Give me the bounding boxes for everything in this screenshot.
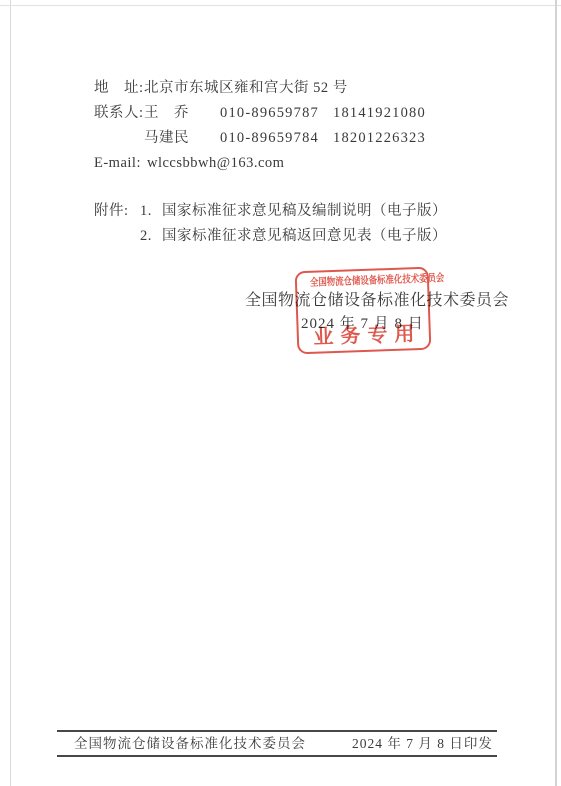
attachment-item-text: 国家标准征求意见稿返回意见表（电子版） (162, 227, 447, 246)
attachment-item-text: 国家标准征求意见稿及编制说明（电子版） (162, 202, 447, 221)
page-edge-top (0, 5, 561, 6)
email-value: wlccsbbwh@163.com (147, 154, 284, 173)
contact-row-mobile: 18201226323 (333, 129, 426, 148)
official-seal: 全国物流仓储设备标准化技术委员会 业务专用 (295, 267, 432, 355)
page-edge-left (10, 0, 11, 786)
seal-purpose-text: 业务专用 (298, 317, 429, 351)
contact-row-name: 王 乔 (144, 104, 189, 123)
contact-row-phone: 010-89659784 (220, 129, 319, 148)
document-page: 地 址: 北京市东城区雍和宫大街 52 号 联系人: 王 乔 010-89659… (0, 0, 561, 786)
footer-rule-bottom (57, 755, 497, 757)
contact-row-name: 马建民 (144, 129, 189, 148)
attachment-item-number: 1. (140, 202, 152, 221)
attachment-item-number: 2. (140, 227, 152, 246)
contact-label: 联系人: (94, 104, 144, 123)
page-edge-right (555, 0, 557, 786)
attachments-label: 附件: (94, 202, 129, 221)
footer-issuer: 全国物流仓储设备标准化技术委员会 (74, 735, 306, 753)
address-value: 北京市东城区雍和宫大街 52 号 (144, 79, 348, 98)
contact-row-phone: 010-89659787 (220, 104, 319, 123)
footer-date-issued: 2024 年 7 月 8 日印发 (352, 735, 493, 753)
email-label: E-mail: (94, 154, 141, 173)
address-label: 地 址: (94, 79, 144, 98)
seal-organization-text: 全国物流仓储设备标准化技术委员会 (310, 271, 414, 290)
footer-rule-top (57, 730, 497, 732)
contact-row-mobile: 18141921080 (333, 104, 426, 123)
